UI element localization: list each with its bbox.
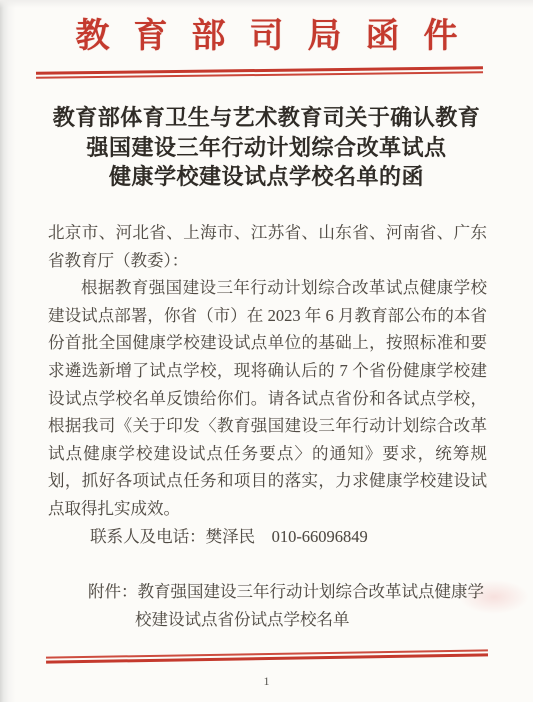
document-title-line: 教育部体育卫生与艺术教育司关于确认教育 (20, 103, 513, 133)
body-line: 建设试点部署，你省（市）在 2023 年 6 月教育部公布的本省 (48, 302, 487, 330)
scanned-document-page: 教育部司局函件 教育部体育卫生与艺术教育司关于确认教育 强国建设三年行动计划综合… (0, 0, 533, 702)
divider-thin-line (46, 649, 488, 658)
scan-edge-shadow-top (0, 0, 533, 8)
footer-divider-rule (46, 649, 488, 663)
letterhead-divider-rule (36, 66, 483, 78)
divider-thick-line (36, 66, 483, 74)
addressee-line: 省教育厅（教委）： (48, 247, 487, 275)
letterhead-title: 教育部司局函件 (0, 14, 533, 60)
document-title-line: 健康学校建设试点学校名单的函 (20, 162, 513, 192)
document-title-line: 强国建设三年行动计划综合改革试点 (20, 133, 513, 163)
page-number: 1 (0, 674, 533, 689)
letter-body: 北京市、河北省、上海市、江苏省、山东省、河南省、广东 省教育厅（教委）： 根据教… (48, 219, 487, 550)
body-line: 根据我司《关于印发〈教育强国建设三年行动计划综合改革 (48, 412, 487, 440)
attachment-line: 校建设试点省份试点学校名单 (135, 606, 487, 634)
contact-line: 联系人及电话：樊泽民 010-66096849 (48, 523, 487, 551)
document-title: 教育部体育卫生与艺术教育司关于确认教育 强国建设三年行动计划综合改革试点 健康学… (20, 103, 513, 192)
body-line: 根据教育强国建设三年行动计划综合改革试点健康学校 (48, 274, 487, 302)
body-line: 份首批全国健康学校建设试点单位的基础上，按照标准和要 (48, 329, 487, 357)
divider-gap (46, 651, 488, 660)
divider-thin-line (36, 71, 483, 78)
body-line: 设试点学校名单反馈给你们。请各试点省份和各试点学校， (48, 385, 487, 413)
addressee-line: 北京市、河北省、上海市、江苏省、山东省、河南省、广东 (48, 219, 487, 247)
attachment-line: 附件：教育强国建设三年行动计划综合改革试点健康学 (88, 578, 487, 606)
divider-gap (36, 69, 483, 76)
scan-edge-shadow-left (0, 0, 16, 702)
body-line: 划，抓好各项试点任务和项目的落实，力求健康学校建设试 (48, 467, 487, 495)
body-line: 试点健康学校建设试点任务要点〉的通知》要求，统筹规 (48, 440, 487, 468)
body-line: 求遴选新增了试点学校，现将确认后的 7 个省份健康学校建 (48, 357, 487, 385)
attachment-section: 附件：教育强国建设三年行动计划综合改革试点健康学 校建设试点省份试点学校名单 (48, 578, 487, 634)
body-line: 点取得扎实成效。 (48, 495, 487, 523)
divider-thick-line (46, 653, 488, 663)
